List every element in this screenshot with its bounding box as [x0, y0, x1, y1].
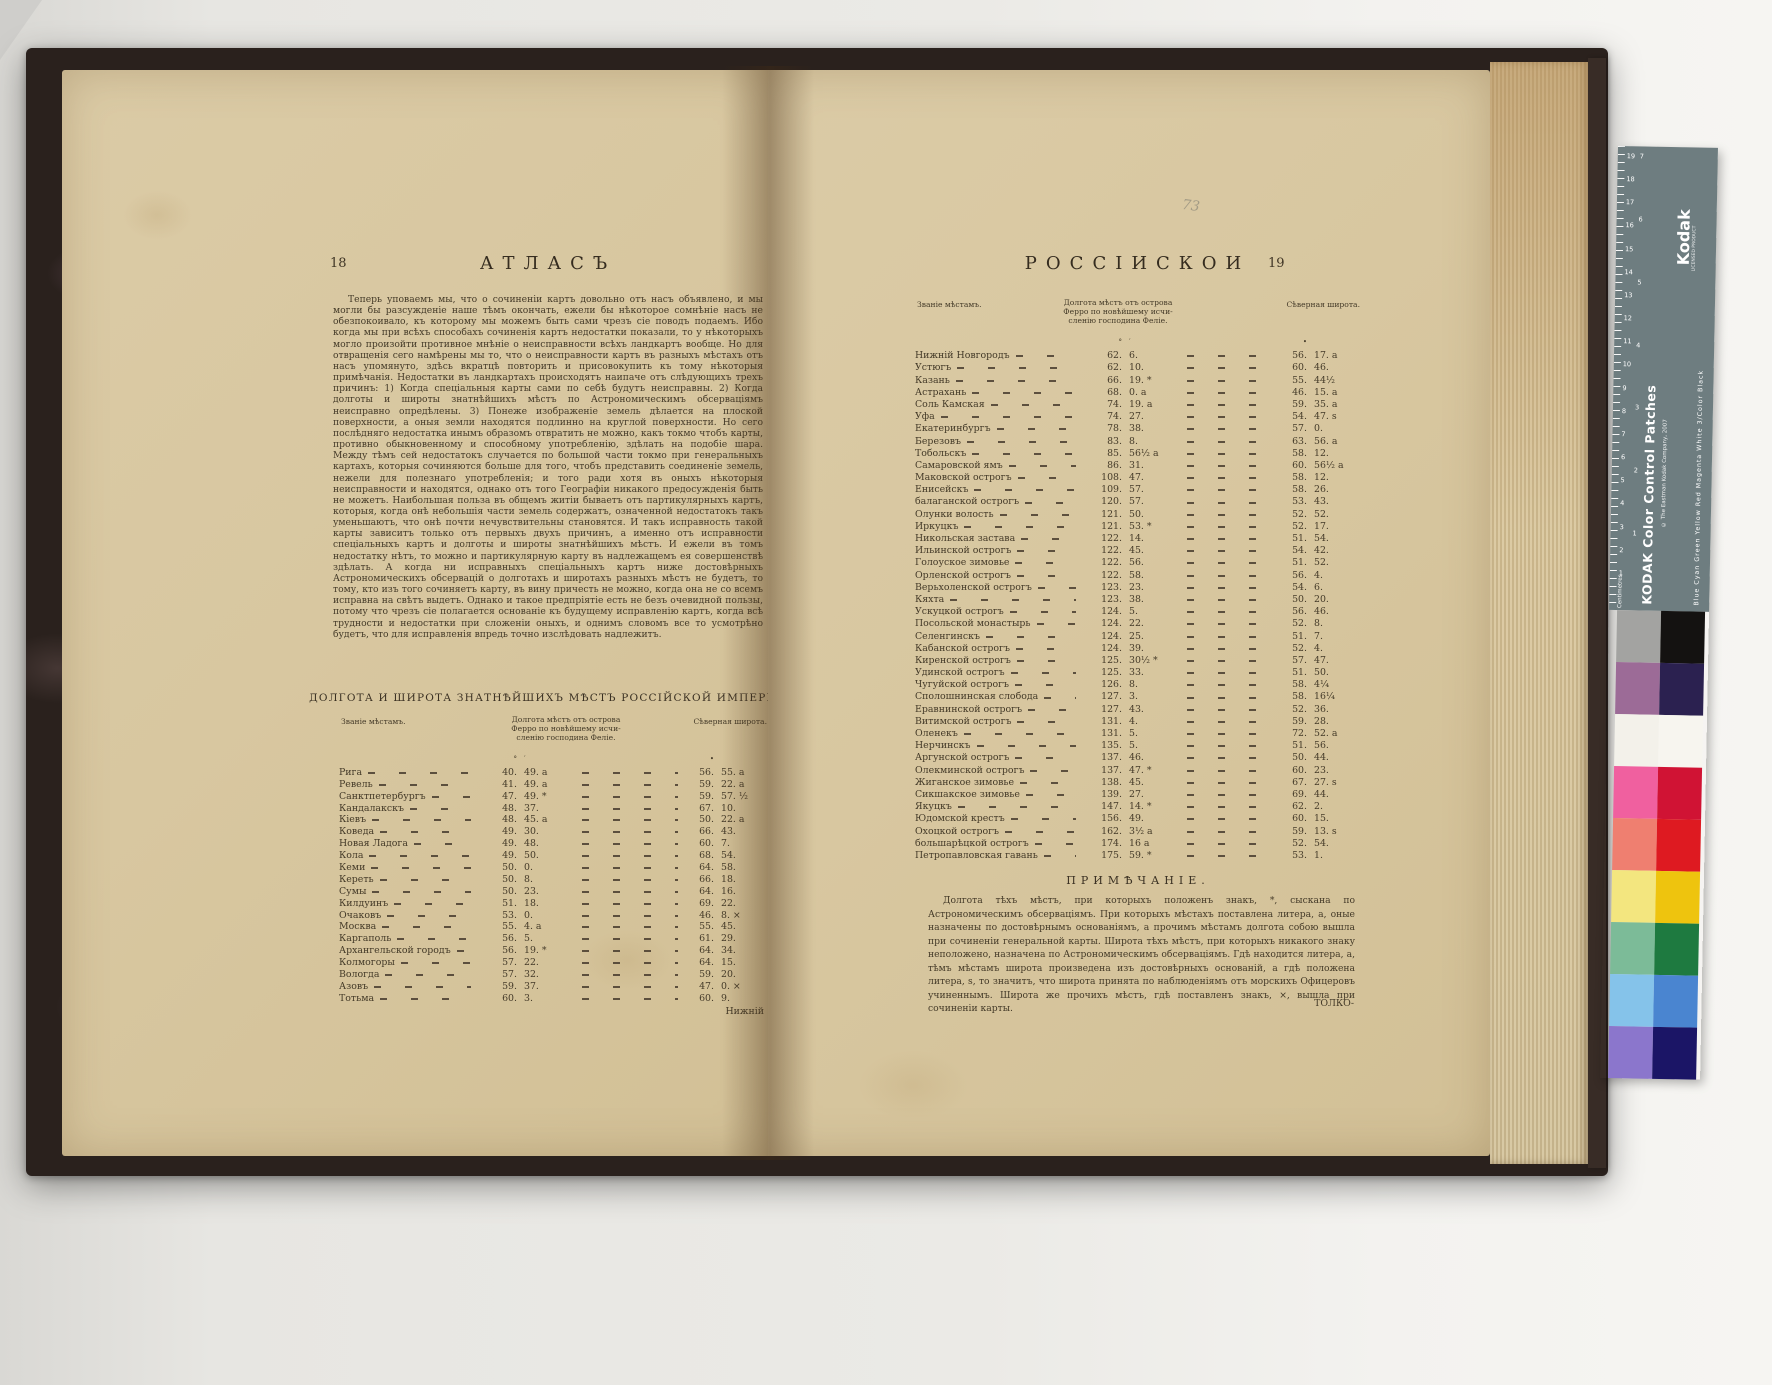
table-row: Кабанской острогъ124.39.52.4.: [915, 643, 1360, 655]
table-row: Санктпетербургъ47.49. *59.57. ½: [339, 791, 767, 803]
table-row: Архангельской городъ56.19. *64.34.: [339, 945, 767, 957]
place-name: Петропавловская гавань: [915, 850, 1038, 861]
longitude-minutes: 58.: [1122, 570, 1181, 581]
dash-leader: [1187, 818, 1271, 820]
ruler-number: 12: [1624, 314, 1632, 322]
place-name: Екатеринбургъ: [915, 423, 991, 434]
longitude-degrees: 127.: [1082, 704, 1122, 715]
latitude-degrees: 52.: [1277, 618, 1307, 629]
place-name: Коведа: [339, 826, 374, 837]
latitude-degrees: 61.: [684, 933, 714, 944]
longitude-degrees: 57.: [477, 957, 517, 968]
longitude-degrees: 40.: [477, 767, 517, 778]
catchword-left: Нижній: [692, 1006, 764, 1017]
dash-leader: [1187, 416, 1271, 418]
latitude-degrees: 54.: [1277, 545, 1307, 556]
table-row: Тобольскъ85.56½ a58.12.: [915, 448, 1360, 460]
latitude-minutes: 0.: [1307, 423, 1360, 434]
place-name: Олекминской острогъ: [915, 765, 1024, 776]
ruler-number: 3: [1620, 523, 1624, 531]
table-row: Удинской острогъ125.33.51.50.: [915, 667, 1360, 679]
dash-leader: [387, 915, 471, 917]
latitude-degrees: 60.: [684, 838, 714, 849]
column-header-longitude: Долгота мѣстъ отъ острова Ферро по новѣй…: [491, 715, 641, 743]
dash-leader: [1187, 477, 1271, 479]
dash-leader: [958, 806, 1076, 808]
dash-leader: [1187, 562, 1271, 564]
latitude-degrees: 68.: [684, 850, 714, 861]
degree-marks-row: °′•: [915, 338, 1360, 350]
latitude-minutes: 15.: [1307, 813, 1360, 824]
table-row: Жиганское зимовье138.45.67.27. s: [915, 777, 1360, 789]
latitude-minutes: 4.: [1307, 643, 1360, 654]
longitude-minutes: 56.: [1122, 557, 1181, 568]
ruler-number: 4: [1636, 341, 1640, 349]
dash-leader: [1187, 489, 1271, 491]
place-name: Кіевъ: [339, 814, 366, 825]
table-row: Еравнинской острогъ127.43.52.36.: [915, 704, 1360, 716]
dash-leader: [582, 796, 678, 798]
latitude-degrees: 72.: [1277, 728, 1307, 739]
latitude-minutes: 1.: [1307, 850, 1360, 861]
color-patch: [1658, 715, 1703, 768]
color-patch-row: [1616, 610, 1705, 664]
latitude-degrees: 57.: [1277, 655, 1307, 666]
latitude-degrees: 64.: [684, 886, 714, 897]
dash-leader: [1187, 843, 1271, 845]
dash-leader: [972, 392, 1076, 394]
dash-leader: [1187, 721, 1271, 723]
dash-leader: [1017, 660, 1076, 662]
color-patch: [1613, 766, 1658, 819]
dash-leader: [997, 428, 1076, 430]
dash-leader: [1011, 818, 1076, 820]
table-row: Очаковъ53.0.46.8. ×: [339, 910, 767, 922]
longitude-degrees: 135.: [1082, 740, 1122, 751]
latitude-minutes: 42.: [1307, 545, 1360, 556]
place-name: Астрахань: [915, 387, 966, 398]
longitude-minutes: 38.: [1122, 423, 1181, 434]
place-name: Азовъ: [339, 981, 368, 992]
dash-leader: [397, 938, 471, 940]
running-head-left: АТЛАСЪ: [333, 253, 763, 274]
longitude-minutes: 45.: [1122, 545, 1181, 556]
table-row: Азовъ59.37.47.0. ×: [339, 981, 767, 993]
place-name: Кандалакскъ: [339, 803, 404, 814]
kodak-licensed-label: LICENSED PRODUCT: [1692, 181, 1699, 271]
place-name: Кабанской острогъ: [915, 643, 1010, 654]
longitude-degrees: 120.: [1082, 496, 1122, 507]
dash-leader: [1187, 575, 1271, 577]
latitude-degrees: 67.: [1277, 777, 1307, 788]
dash-leader: [379, 784, 471, 786]
longitude-minutes: 5.: [1122, 740, 1181, 751]
latitude-degrees: 58.: [1277, 679, 1307, 690]
table-row: Самаровской ямъ86.31.60.56½ a: [915, 460, 1360, 472]
table-row: большарѣцкой острогъ174.16 a52.54.: [915, 838, 1360, 850]
latitude-degrees: 56.: [1277, 570, 1307, 581]
longitude-minutes: 50.: [517, 850, 576, 861]
table-row: Кереть50.8.66.18.: [339, 874, 767, 886]
ruler-number: 14: [1625, 268, 1633, 276]
place-name: Нижній Новгородъ: [915, 350, 1010, 361]
dash-leader: [385, 974, 471, 976]
longitude-minutes: 27.: [1122, 411, 1181, 422]
longitude-degrees: °: [477, 755, 517, 763]
place-name: Киренской острогъ: [915, 655, 1011, 666]
dash-leader: [1187, 757, 1271, 759]
longitude-degrees: 56.: [477, 945, 517, 956]
table-row: Енисейскъ109.57.58.26.: [915, 484, 1360, 496]
dash-leader: [1030, 770, 1076, 772]
table-row: Сумы50.23.64.16.: [339, 886, 767, 898]
dash-leader: [1015, 684, 1076, 686]
color-patch-row: [1609, 974, 1698, 1028]
color-patch: [1614, 714, 1659, 767]
latitude-degrees: 51.: [1277, 631, 1307, 642]
latitude-minutes: 58.: [714, 862, 767, 873]
table-row: Петропавловская гавань175.59. *53.1.: [915, 850, 1360, 862]
color-patch: [1610, 922, 1655, 975]
dash-leader: [1187, 782, 1271, 784]
longitude-minutes: 3.: [1122, 691, 1181, 702]
dash-leader: [582, 843, 678, 845]
table-row: Кіевъ48.45. a50.22. a: [339, 814, 767, 826]
dash-leader: [1187, 380, 1271, 382]
table-row: Ревель41.49. a59.22. a: [339, 779, 767, 791]
latitude-minutes: 54.: [1307, 838, 1360, 849]
column-header-name: Званіе мѣстамъ.: [341, 717, 406, 726]
dash-leader: [1037, 623, 1076, 625]
dash-leader: [380, 998, 471, 1000]
latitude-minutes: 26.: [1307, 484, 1360, 495]
longitude-degrees: 122.: [1082, 533, 1122, 544]
dash-leader: [1010, 611, 1076, 613]
dash-leader: [950, 599, 1076, 601]
table-row: Маковской острогъ108.47.58.12.: [915, 472, 1360, 484]
longitude-degrees: 126.: [1082, 679, 1122, 690]
place-name: Кола: [339, 850, 363, 861]
longitude-degrees: 78.: [1082, 423, 1122, 434]
longitude-degrees: 66.: [1082, 375, 1122, 386]
latitude-minutes: 18.: [714, 874, 767, 885]
longitude-minutes: 47. *: [1122, 765, 1181, 776]
latitude-minutes: 23.: [1307, 765, 1360, 776]
dash-leader: [972, 453, 1076, 455]
latitude-degrees: 58.: [1277, 691, 1307, 702]
latitude-degrees: 60.: [1277, 813, 1307, 824]
dash-leader: [1187, 465, 1271, 467]
table-row: Кяхта123.38.50.20.: [915, 594, 1360, 606]
place-name: Уфа: [915, 411, 935, 422]
latitude-minutes: 52.: [1307, 509, 1360, 520]
longitude-degrees: 124.: [1082, 618, 1122, 629]
ruler-number: 17: [1626, 198, 1634, 206]
latitude-degrees: 50.: [684, 814, 714, 825]
latitude-minutes: 6.: [1307, 582, 1360, 593]
latitude-minutes: 7.: [714, 838, 767, 849]
longitude-degrees: 123.: [1082, 594, 1122, 605]
longitude-minutes: 30.: [517, 826, 576, 837]
pencil-folio-number: 73: [1181, 197, 1201, 215]
latitude-degrees: 53.: [1277, 850, 1307, 861]
table-row: Кеми50.0.64.58.: [339, 862, 767, 874]
latitude-minutes: 2.: [1307, 801, 1360, 812]
table-row: Сикшакское зимовье139.27.69.44.: [915, 789, 1360, 801]
latitude-minutes: 50.: [1307, 667, 1360, 678]
color-patch: [1659, 663, 1704, 716]
column-header-latitude: Сѣверная широта.: [1286, 300, 1360, 309]
latitude-degrees: 50.: [1277, 594, 1307, 605]
longitude-minutes: 45.: [1122, 777, 1181, 788]
longitude-degrees: 55.: [477, 921, 517, 932]
place-name: Удинской острогъ: [915, 667, 1005, 678]
kodak-color-strip: 19181716151413121110987654321 7654321 Ce…: [1600, 146, 1718, 1080]
dash-leader: [1015, 757, 1076, 759]
longitude-degrees: 49.: [477, 850, 517, 861]
longitude-degrees: 125.: [1082, 655, 1122, 666]
latitude-degrees: 52.: [1277, 509, 1307, 520]
ruler-number: 5: [1637, 278, 1641, 286]
table-row: Чугуйской острогъ126.8.58.4¼: [915, 679, 1360, 691]
body-paragraph: Теперь уповаемъ мы, что о сочиненіи карт…: [333, 294, 763, 640]
color-patch: [1660, 611, 1705, 664]
dash-leader: [1017, 575, 1076, 577]
table-row: Москва55.4. a55.45.: [339, 921, 767, 933]
latitude-degrees: 69.: [1277, 789, 1307, 800]
longitude-degrees: 50.: [477, 874, 517, 885]
table-row: Колмогоры57.22.64.15.: [339, 957, 767, 969]
dash-leader: [1018, 477, 1076, 479]
longitude-minutes: ′: [517, 755, 576, 763]
place-name: Очаковъ: [339, 910, 381, 921]
dash-leader: [1044, 855, 1076, 857]
longitude-minutes: 47.: [1122, 472, 1181, 483]
latitude-degrees: 46.: [684, 910, 714, 921]
longitude-degrees: 53.: [477, 910, 517, 921]
latitude-degrees: 47.: [684, 981, 714, 992]
longitude-minutes: 48.: [517, 838, 576, 849]
ruler-number: 2: [1634, 467, 1638, 475]
longitude-minutes: 57.: [1122, 496, 1181, 507]
dash-leader: [1187, 697, 1271, 699]
table-row: Астрахань68.0. a46.15. a: [915, 387, 1360, 399]
latitude-degrees: 56.: [684, 767, 714, 778]
longitude-minutes: 4. a: [517, 921, 576, 932]
place-name: Охоцкой острогъ: [915, 826, 999, 837]
dash-leader: [957, 367, 1076, 369]
dash-leader: [582, 974, 678, 976]
longitude-degrees: 174.: [1082, 838, 1122, 849]
latitude-degrees: 54.: [1277, 411, 1307, 422]
latitude-minutes: 9.: [714, 993, 767, 1004]
longitude-minutes: 27.: [1122, 789, 1181, 800]
place-name: Еравнинской острогъ: [915, 704, 1022, 715]
dash-leader: [1187, 428, 1271, 430]
latitude-minutes: 16¼: [1307, 691, 1360, 702]
table-row: Вологда57.32.59.20.: [339, 969, 767, 981]
longitude-minutes: 19. a: [1122, 399, 1181, 410]
latitude-minutes: 28.: [1307, 716, 1360, 727]
dash-leader: [401, 962, 471, 964]
longitude-degrees: 162.: [1082, 826, 1122, 837]
latitude-minutes: 43.: [714, 826, 767, 837]
dash-leader: [1187, 514, 1271, 516]
latitude-minutes: 56½ a: [1307, 460, 1360, 471]
dash-leader: [1187, 855, 1271, 857]
longitude-degrees: 59.: [477, 981, 517, 992]
table-row: Голоуское зимовье122.56.51.52.: [915, 557, 1360, 569]
color-patch-row: [1613, 766, 1702, 820]
latitude-minutes: 44½: [1307, 375, 1360, 386]
kodak-copyright: © The Eastman Kodak Company, 2007: [1661, 267, 1672, 527]
color-patch-row: [1615, 662, 1704, 716]
table-row: Уфа74.27.54.47. s: [915, 411, 1360, 423]
table-row: Нижній Новгородъ62.6.56.17. a: [915, 350, 1360, 362]
table-row: балаганской острогъ120.57.53.43.: [915, 496, 1360, 508]
longitude-degrees: 131.: [1082, 728, 1122, 739]
place-name: Санктпетербургъ: [339, 791, 426, 802]
latitude-minutes: 35. a: [1307, 399, 1360, 410]
longitude-degrees: 60.: [477, 993, 517, 1004]
latitude-minutes: 7.: [1307, 631, 1360, 642]
latitude-minutes: 8.: [1307, 618, 1360, 629]
dash-leader: [1187, 709, 1271, 711]
longitude-minutes: 37.: [517, 981, 576, 992]
longitude-degrees: 127.: [1082, 691, 1122, 702]
longitude-minutes: 30½ *: [1122, 655, 1181, 666]
color-patch: [1611, 870, 1656, 923]
dash-leader: [1187, 355, 1271, 357]
latitude-degrees: 59.: [684, 791, 714, 802]
column-header-name: Званіе мѣстамъ.: [917, 300, 982, 309]
dash-leader: [1015, 562, 1076, 564]
longitude-degrees: 122.: [1082, 557, 1122, 568]
table-row: Каргаполь56.5.61.29.: [339, 933, 767, 945]
longitude-degrees: 125.: [1082, 667, 1122, 678]
table-row: Иркуцкъ121.53. *52.17.: [915, 521, 1360, 533]
place-name: Ревель: [339, 779, 373, 790]
place-name: Ильинской острогъ: [915, 545, 1011, 556]
table-row: Селенгинскъ124.25.51.7.: [915, 631, 1360, 643]
dash-leader: [1021, 538, 1076, 540]
latitude-minutes: 27. s: [1307, 777, 1360, 788]
place-name: Енисейскъ: [915, 484, 968, 495]
place-name: балаганской острогъ: [915, 496, 1019, 507]
place-name: Москва: [339, 921, 376, 932]
table-row: Якуцкъ147.14. *62.2.: [915, 801, 1360, 813]
longitude-degrees: 68.: [1082, 387, 1122, 398]
dash-leader: [1187, 404, 1271, 406]
dash-leader: [582, 891, 678, 893]
longitude-degrees: 122.: [1082, 570, 1122, 581]
place-name: Рига: [339, 767, 362, 778]
color-patch-row: [1610, 922, 1699, 976]
place-name: Юдомской крестъ: [915, 813, 1005, 824]
latitude-minutes: 15. a: [1307, 387, 1360, 398]
table-row: Тотьма60.3.60.9.: [339, 993, 767, 1005]
dash-leader: [582, 808, 678, 810]
longitude-minutes: 49. a: [517, 767, 576, 778]
table-rows: °′•Рига40.49. a56.55. aРевель41.49. a59.…: [339, 755, 767, 1005]
latitude-minutes: 56.: [1307, 740, 1360, 751]
dash-leader: [1187, 526, 1271, 528]
dash-leader: [432, 796, 471, 798]
color-patch: [1654, 923, 1699, 976]
latitude-minutes: 22.: [714, 898, 767, 909]
place-name: Аргунской острогъ: [915, 752, 1009, 763]
longitude-minutes: 0.: [517, 862, 576, 873]
place-name: Кяхта: [915, 594, 944, 605]
longitude-minutes: 8.: [517, 874, 576, 885]
longitude-minutes: 0.: [517, 910, 576, 921]
longitude-degrees: 48.: [477, 803, 517, 814]
table-row: Соль Камская74.19. a59.35. a: [915, 399, 1360, 411]
latitude-degrees: 51.: [1277, 667, 1307, 678]
table-row: Аргунской острогъ137.46.50.44.: [915, 752, 1360, 764]
latitude-degrees: 55.: [1277, 375, 1307, 386]
longitude-minutes: 49.: [1122, 813, 1181, 824]
dash-leader: [1187, 502, 1271, 504]
table-row: Березовъ83.8.63.56. a: [915, 436, 1360, 448]
latitude-degrees: 52.: [1277, 643, 1307, 654]
place-name: Тобольскъ: [915, 448, 966, 459]
dash-leader: [1016, 355, 1076, 357]
longitude-degrees: 123.: [1082, 582, 1122, 593]
latitude-degrees: 51.: [1277, 740, 1307, 751]
dash-leader: [1038, 587, 1076, 589]
place-name: Казань: [915, 375, 950, 386]
latitude-degrees: 66.: [684, 826, 714, 837]
place-name: Сполошнинская слобода: [915, 691, 1038, 702]
column-header-latitude: Сѣверная широта.: [693, 717, 767, 726]
latitude-degrees: 66.: [684, 874, 714, 885]
dash-leader: [1187, 794, 1271, 796]
dash-leader: [582, 962, 678, 964]
dash-leader: [1026, 794, 1076, 796]
color-patch: [1657, 767, 1702, 820]
degree-marks-row: °′•: [339, 755, 767, 767]
longitude-degrees: 57.: [477, 969, 517, 980]
dash-leader: [372, 891, 471, 893]
dash-leader: [1187, 441, 1271, 443]
longitude-minutes: 16 a: [1122, 838, 1181, 849]
longitude-minutes: 45. a: [517, 814, 576, 825]
ruler-number: 4: [1620, 499, 1624, 507]
dash-leader: [382, 926, 471, 928]
longitude-degrees: 175.: [1082, 850, 1122, 861]
dash-leader: [582, 867, 678, 869]
place-name: Витимской острогъ: [915, 716, 1011, 727]
ruler-number: 7: [1621, 430, 1625, 438]
table-rows: °′•Нижній Новгородъ62.6.56.17. aУстюгъ62…: [915, 338, 1360, 862]
dash-leader: [1187, 538, 1271, 540]
dash-leader: [582, 938, 678, 940]
longitude-minutes: 49. *: [517, 791, 576, 802]
latitude-degrees: 62.: [1277, 801, 1307, 812]
color-patch: [1652, 1027, 1697, 1080]
dash-leader: [372, 819, 471, 821]
dash-leader: [977, 745, 1077, 747]
place-name: Колмогоры: [339, 957, 395, 968]
coordinates-table-left: Званіе мѣстамъ. Долгота мѣстъ отъ остров…: [339, 715, 767, 1005]
color-patch: [1656, 819, 1701, 872]
latitude-minutes: 8. ×: [714, 910, 767, 921]
ruler-number: 10: [1623, 361, 1631, 369]
latitude-minutes: 15.: [714, 957, 767, 968]
longitude-degrees: 109.: [1082, 484, 1122, 495]
latitude-degrees: •: [684, 755, 714, 763]
